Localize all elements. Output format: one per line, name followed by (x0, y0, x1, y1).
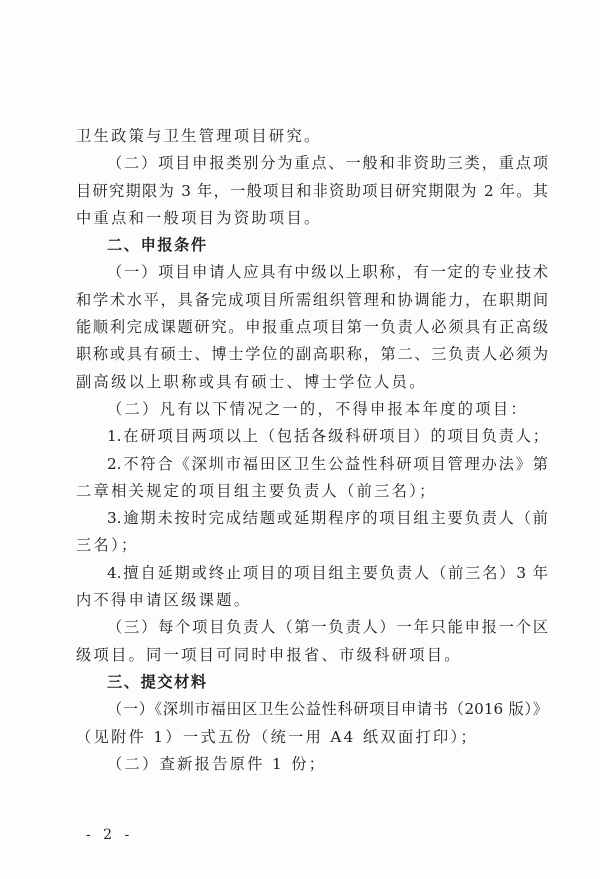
paragraph-line: 副高级以上职称或具有硕士、博士学位人员。 (76, 369, 548, 396)
document-page: 卫生政策与卫生管理项目研究。 （二）项目申报类别分为重点、一般和非资助三类，重点… (0, 0, 600, 879)
paragraph-line: 能顺利完成课题研究。申报重点项目第一负责人必须具有正高级 (76, 314, 548, 341)
paragraph-line: 和学术水平，具备完成项目所需组织管理和协调能力，在职期间 (76, 287, 548, 314)
paragraph-line: （见附件 1）一式五份（统一用 A4 纸双面打印）； (76, 724, 548, 751)
list-item-continuation: 内不得申请区级课题。 (76, 587, 548, 614)
list-item: 3.逾期未按时完成结题或延期程序的项目组主要负责人（前 (76, 505, 548, 532)
list-item: 2.不符合《深圳市福田区卫生公益性科研项目管理办法》第 (76, 451, 548, 478)
section-heading: 三、提交材料 (76, 669, 548, 696)
paragraph-line: （三）每个项目负责人（第一负责人）一年只能申报一个区 (76, 614, 548, 641)
list-item-continuation: 二章相关规定的项目组主要负责人（前三名）； (76, 478, 548, 505)
page-number: - 2 - (86, 827, 133, 843)
paragraph-line: 卫生政策与卫生管理项目研究。 (76, 123, 548, 150)
paragraph-line: 中重点和一般项目为资助项目。 (76, 205, 548, 232)
paragraph-line: 职称或具有硕士、博士学位的副高职称，第二、三负责人必须为 (76, 341, 548, 368)
paragraph-line: （一）项目申请人应具有中级以上职称，有一定的专业技术 (76, 259, 548, 286)
paragraph-line: 目研究期限为 3 年，一般项目和非资助项目研究期限为 2 年。其 (76, 178, 548, 205)
list-item: 4.擅自延期或终止项目的项目组主要负责人（前三名）3 年 (76, 560, 548, 587)
paragraph-line: （二）查新报告原件 1 份； (76, 751, 548, 778)
list-item: 1.在研项目两项以上（包括各级科研项目）的项目负责人； (76, 423, 548, 450)
paragraph-line: （二）项目申报类别分为重点、一般和非资助三类，重点项 (76, 150, 548, 177)
paragraph-line: （二）凡有以下情况之一的，不得申报本年度的项目： (76, 396, 548, 423)
section-heading: 二、申报条件 (76, 232, 548, 259)
document-body: 卫生政策与卫生管理项目研究。 （二）项目申报类别分为重点、一般和非资助三类，重点… (76, 123, 548, 778)
paragraph-line: 级项目。同一项目可同时申报省、市级科研项目。 (76, 642, 548, 669)
list-item-continuation: 三名）； (76, 532, 548, 559)
paragraph-line: （一）《深圳市福田区卫生公益性科研项目申请书（2016 版）》 (76, 696, 548, 723)
